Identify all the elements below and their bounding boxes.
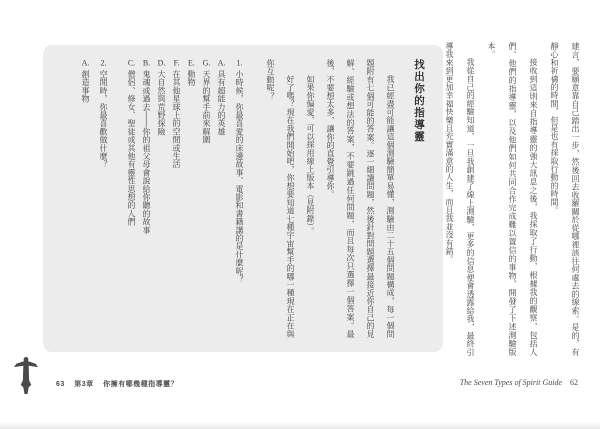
chapter-label: 第3章 [74, 381, 93, 388]
page-bottom-edge [0, 422, 600, 429]
option-text: 僧侶、修女、聖徒或其他有靈性思想的人們 [127, 70, 136, 226]
question-text: 小時候，你最喜愛的床邊故事、電影和書籍講的是什麼呢？ [235, 70, 244, 283]
quiz-title: 找出你的指導靈 [407, 59, 430, 338]
option-label: E. [187, 59, 196, 67]
quiz-option: D.大自然與荒野探險 [154, 59, 169, 338]
option-label: G. [202, 59, 211, 67]
option-text: 天界的幫手前來解圍 [202, 70, 211, 144]
quiz-option: A.創造事物 [78, 59, 93, 338]
left-footer-text: 63 第3章 你擁有哪幾種指導靈？ [56, 379, 185, 389]
option-label: A. [217, 59, 226, 67]
chapter-title: 你擁有哪幾種指導靈？ [103, 381, 178, 388]
option-label: C. [127, 59, 136, 67]
quiz-intro-paragraph: 如果你偏愛，可以採用線上版本（見附錄）。 [300, 59, 320, 338]
quiz-option: C.僧侶、修女、聖徒或其他有靈性思想的人們 [124, 59, 139, 338]
quiz-option: F.在其他星球上的空間或生活 [169, 59, 184, 338]
option-text: 創造事物 [81, 70, 90, 103]
option-label: F. [172, 59, 181, 67]
option-label: A. [81, 59, 90, 67]
option-label: B. [142, 59, 151, 67]
right-page-text: 建言，要願意靠自己踏出一步，然後回去收羅關於從哪裡該往何處去的線索。是的，有靜心… [439, 42, 586, 356]
option-text: 具有超能力的英雄 [217, 70, 226, 136]
book-title: The Seven Types of Spirit Guide [460, 378, 562, 387]
paragraph: 建言，要願意靠自己踏出一步，然後回去收羅關於從哪裡該往何處去的線索。是的，有靜心… [544, 42, 586, 356]
quiz-option: B.鬼魂或過去——你的祖父母會說給你聽的故事 [139, 59, 154, 338]
question-text: 空閒時，你最喜歡做什麼？ [99, 70, 108, 168]
quiz-content: 找出你的指導靈 我已經盡可能讓這個測驗簡單易懂，測驗由二十五個問題構成，每一個問… [78, 59, 430, 338]
angel-icon [14, 357, 38, 394]
right-page-number: 62 [570, 378, 578, 387]
right-page-footer: The Seven Types of Spirit Guide62 [460, 378, 578, 387]
quiz-option: A.具有超能力的英雄 [214, 59, 229, 338]
question-number: 1. [235, 59, 244, 67]
option-text: 鬼魂或過去——你的祖父母會說給你聽的故事 [142, 70, 151, 234]
option-text: 大自然與荒野探險 [157, 70, 166, 136]
quiz-intro-paragraph: 好了嗎？現在我們開始吧，你想要知道七種宇宙幫手的哪一種現在正在與你互動呢？ [260, 59, 300, 338]
question-number: 2. [99, 59, 108, 67]
quiz-option: E.動物 [184, 59, 199, 338]
option-label: D. [157, 59, 166, 67]
paragraph: 我從自己的經驗知道，一旦我創建了線上測驗，更多的信息便會透露給我，最終引導我來到… [439, 42, 481, 356]
quiz-intro-paragraph: 我已經盡可能讓這個測驗簡單易懂，測驗由二十五個問題構成，每一個問題附有七個可能的… [320, 59, 400, 338]
quiz-question: 2.空閒時，你最喜歡做什麼？ [93, 59, 113, 338]
left-page-number: 63 [56, 381, 65, 388]
quiz-question: 1.小時候，你最喜愛的床邊故事、電影和書籍講的是什麼呢？ [229, 59, 249, 338]
option-text: 動物 [187, 70, 196, 86]
option-text: 在其他星球上的空間或生活 [172, 70, 181, 168]
left-page-footer: 63 第3章 你擁有哪幾種指導靈？ [14, 357, 185, 394]
quiz-option: G.天界的幫手前來解圍 [199, 59, 214, 338]
quiz-box: 找出你的指導靈 我已經盡可能讓這個測驗簡單易懂，測驗由二十五個問題構成，每一個問… [43, 45, 443, 352]
paragraph: 接收到這則來自指導靈的強大訊息之後，我採取了行動，根據我的觀察，包括人們、他們的… [481, 42, 544, 356]
